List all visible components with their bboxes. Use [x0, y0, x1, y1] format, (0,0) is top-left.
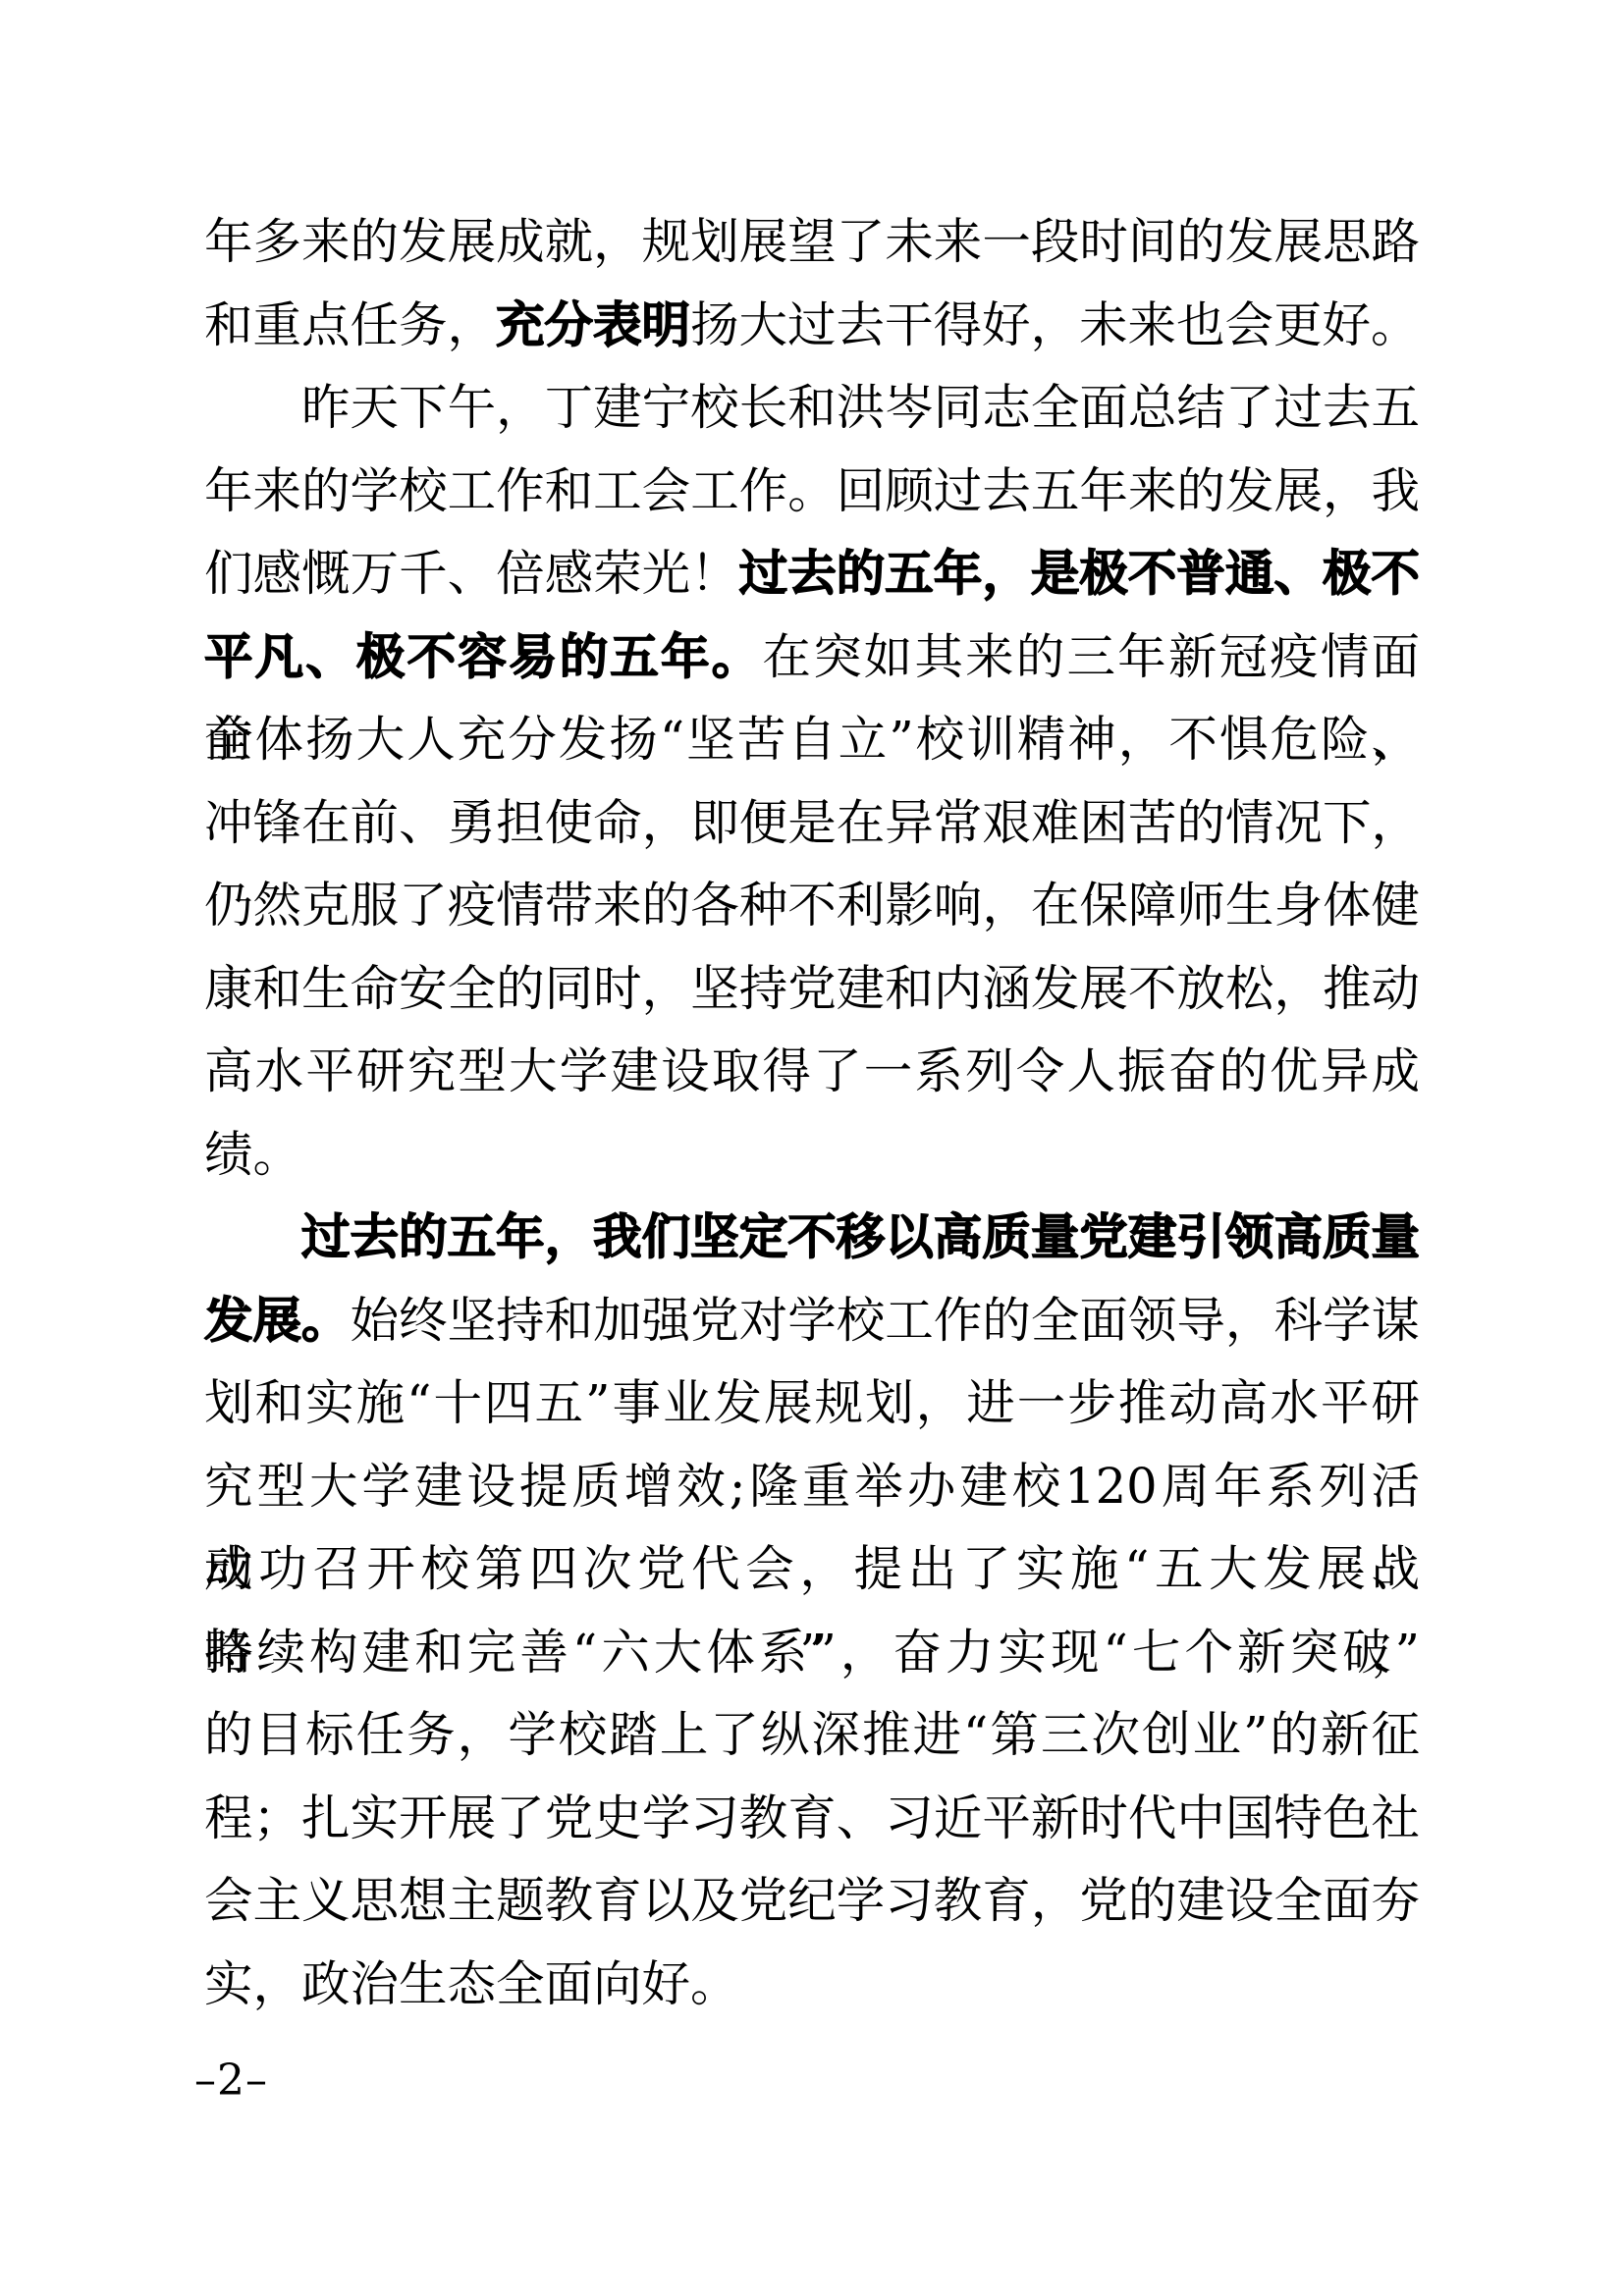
- text-line: 成功召开校第四次党代会，提出了实施“五大发展战略”，: [204, 1527, 1420, 1611]
- text-run: 年来的学校工作和工会工作。回顾过去五年来的发展，我: [204, 462, 1420, 519]
- text-run: 和重点任务，: [204, 296, 496, 353]
- bold-text-run: 充分表明: [496, 296, 690, 353]
- text-run: 会主义思想主题教育以及党纪学习教育，党的建设全面夯: [204, 1872, 1420, 1929]
- text-line: 年来的学校工作和工会工作。回顾过去五年来的发展，我: [204, 450, 1420, 533]
- text-run: 们感慨万千、倍感荣光！: [204, 545, 739, 602]
- text-line: 年多来的发展成就，规划展望了未来一段时间的发展思路: [204, 200, 1420, 284]
- text-line: 昨天下午，丁建宁校长和洪岑同志全面总结了过去五: [204, 366, 1420, 450]
- text-line: 冲锋在前、勇担使命，即便是在异常艰难困苦的情况下，: [204, 781, 1420, 865]
- text-run: 程；扎实开展了党史学习教育、习近平新时代中国特色社: [204, 1789, 1420, 1846]
- text-run: 划和实施“十四五”事业发展规划，进一步推动高水平研: [204, 1374, 1420, 1431]
- text-line: 究型大学建设提质增效;隆重举办建校120周年系列活动、: [204, 1445, 1420, 1528]
- text-line: 平凡、极不容易的五年。在突如其来的三年新冠疫情面前，: [204, 615, 1420, 699]
- text-line: 程；扎实开展了党史学习教育、习近平新时代中国特色社: [204, 1777, 1420, 1860]
- text-line: 会主义思想主题教育以及党纪学习教育，党的建设全面夯: [204, 1859, 1420, 1943]
- text-run: 高水平研究型大学建设取得了一系列令人振奋的优异成: [204, 1042, 1420, 1099]
- text-line: 持续构建和完善“六大体系”，奋力实现“七个新突破”: [204, 1611, 1420, 1694]
- text-run: 年多来的发展成就，规划展望了未来一段时间的发展思路: [204, 213, 1420, 270]
- text-line: 们感慨万千、倍感荣光！过去的五年，是极不普通、极不: [204, 532, 1420, 615]
- text-run: 的目标任务，学校踏上了纵深推进“第三次创业”的新征: [204, 1706, 1420, 1763]
- text-run: 实，政治生态全面向好。: [204, 1955, 739, 2012]
- text-line: 实，政治生态全面向好。: [204, 1943, 1420, 2026]
- text-line: 的目标任务，学校踏上了纵深推进“第三次创业”的新征: [204, 1693, 1420, 1777]
- bold-text-run: 过去的五年，是极不普通、极不: [739, 545, 1420, 602]
- text-run: 昨天下午，丁建宁校长和洪岑同志全面总结了过去五: [301, 379, 1420, 436]
- text-run: 绩。: [204, 1126, 301, 1183]
- text-run: 冲锋在前、勇担使命，即便是在异常艰难困苦的情况下，: [204, 794, 1420, 851]
- text-line: 划和实施“十四五”事业发展规划，进一步推动高水平研: [204, 1362, 1420, 1445]
- text-line: 和重点任务，充分表明扬大过去干得好，未来也会更好。: [204, 284, 1420, 367]
- text-run: 持续构建和完善“六大体系”，奋力实现“七个新突破”: [204, 1624, 1420, 1681]
- text-line: 绩。: [204, 1113, 1420, 1197]
- text-line: 全体扬大人充分发扬“坚苦自立”校训精神，不惧危险、: [204, 698, 1420, 781]
- bold-text-run: 发展。: [204, 1292, 351, 1349]
- text-run: 始终坚持和加强党对学校工作的全面领导，科学谋: [351, 1292, 1420, 1349]
- text-run: 康和生命安全的同时，坚持党建和内涵发展不放松，推动: [204, 960, 1420, 1017]
- bold-text-run: 平凡、极不容易的五年。: [204, 628, 762, 685]
- text-run: 全体扬大人充分发扬“坚苦自立”校训精神，不惧危险、: [204, 711, 1420, 768]
- text-run: 仍然克服了疫情带来的各种不利影响，在保障师生身体健: [204, 877, 1420, 934]
- text-line: 过去的五年，我们坚定不移以高质量党建引领高质量: [204, 1196, 1420, 1279]
- document-body: 年多来的发展成就，规划展望了未来一段时间的发展思路和重点任务，充分表明扬大过去干…: [204, 200, 1420, 2025]
- text-run: 扬大过去干得好，未来也会更好。: [690, 296, 1420, 353]
- text-line: 发展。始终坚持和加强党对学校工作的全面领导，科学谋: [204, 1279, 1420, 1362]
- text-line: 康和生命安全的同时，坚持党建和内涵发展不放松，推动: [204, 947, 1420, 1031]
- text-line: 仍然克服了疫情带来的各种不利影响，在保障师生身体健: [204, 864, 1420, 947]
- document-page: 年多来的发展成就，规划展望了未来一段时间的发展思路和重点任务，充分表明扬大过去干…: [0, 0, 1624, 2296]
- page-number: –2–: [194, 2057, 268, 2105]
- text-line: 高水平研究型大学建设取得了一系列令人振奋的优异成: [204, 1030, 1420, 1113]
- bold-text-run: 过去的五年，我们坚定不移以高质量党建引领高质量: [301, 1208, 1420, 1265]
